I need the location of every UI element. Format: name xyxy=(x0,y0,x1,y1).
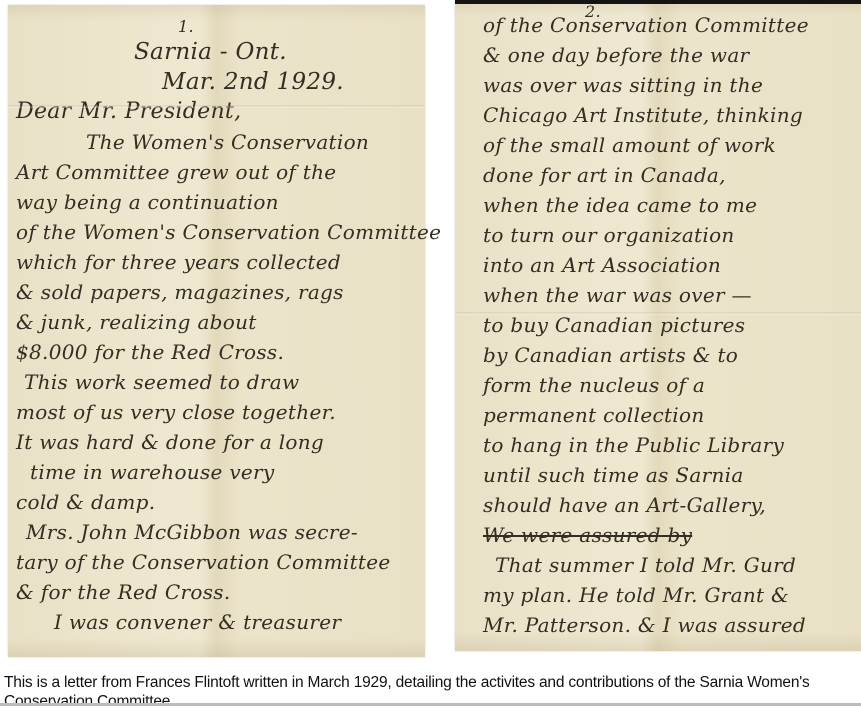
letter-line: Mr. Patterson. & I was assured xyxy=(483,610,857,640)
letter-line: done for art in Canada, xyxy=(483,160,857,190)
letter-line: time in warehouse very xyxy=(30,457,419,487)
fold-crease xyxy=(455,312,861,315)
letter-scan: 1. Sarnia - Ont. Mar. 2nd 1929. Dear Mr.… xyxy=(0,0,861,714)
letter-line: Art Committee grew out of the xyxy=(16,157,419,187)
letter-line: of the Conservation Committee xyxy=(483,10,857,40)
letter-line: tary of the Conservation Committee xyxy=(16,547,419,577)
letter-line: $8.000 for the Red Cross. xyxy=(16,337,419,367)
letter-line: which for three years collected xyxy=(16,247,419,277)
letter-line: Mar. 2nd 1929. xyxy=(162,67,419,97)
letter-line: of the Women's Conservation Committee xyxy=(16,217,419,247)
letter-line: form the nucleus of a xyxy=(483,370,857,400)
letter-line: This work seemed to draw xyxy=(24,367,419,397)
letter-line: most of us very close together. xyxy=(16,397,419,427)
letter-line: into an Art Association xyxy=(483,250,857,280)
bottom-divider xyxy=(0,703,861,706)
letter-line: It was hard & done for a long xyxy=(16,427,419,457)
letter-line: should have an Art-Gallery, xyxy=(483,490,857,520)
letter-line: & sold papers, magazines, rags xyxy=(16,277,419,307)
letter-line: cold & damp. xyxy=(16,487,419,517)
letter-line: way being a continuation xyxy=(16,187,419,217)
letter-line: & for the Red Cross. xyxy=(16,577,419,607)
letter-line: my plan. He told Mr. Grant & xyxy=(483,580,857,610)
letter-line: Dear Mr. President, xyxy=(16,97,419,127)
letter-line: Sarnia - Ont. xyxy=(134,37,419,67)
letter-line: to turn our organization xyxy=(483,220,857,250)
letter-line: That summer I told Mr. Gurd xyxy=(495,550,857,580)
letter-line: was over was sitting in the xyxy=(483,70,857,100)
letter-page-1: 1. Sarnia - Ont. Mar. 2nd 1929. Dear Mr.… xyxy=(8,5,425,657)
letter-line: of the small amount of work xyxy=(483,130,857,160)
letter-line: & junk, realizing about xyxy=(16,307,419,337)
letter-line: by Canadian artists & to xyxy=(483,340,857,370)
page-number: 1. xyxy=(178,17,419,37)
letter-line: I was convener & treasurer xyxy=(54,607,419,637)
letter-line: to hang in the Public Library xyxy=(483,430,857,460)
letter-line: Mrs. John McGibbon was secre- xyxy=(26,517,419,547)
letter-line: when the idea came to me xyxy=(483,190,857,220)
letter-line: Chicago Art Institute, thinking xyxy=(483,100,857,130)
letter-line: permanent collection xyxy=(483,400,857,430)
letter-line: The Women's Conservation xyxy=(86,127,419,157)
letter-line: when the war was over — xyxy=(483,280,857,310)
fold-crease xyxy=(8,105,425,108)
letter-page-2: 2. of the Conservation Committee & one d… xyxy=(455,0,861,651)
page-number: 2. xyxy=(585,2,601,22)
letter-line: & one day before the war xyxy=(483,40,857,70)
letter-line-struck-out: We were assured by xyxy=(483,520,857,550)
letter-line: until such time as Sarnia xyxy=(483,460,857,490)
